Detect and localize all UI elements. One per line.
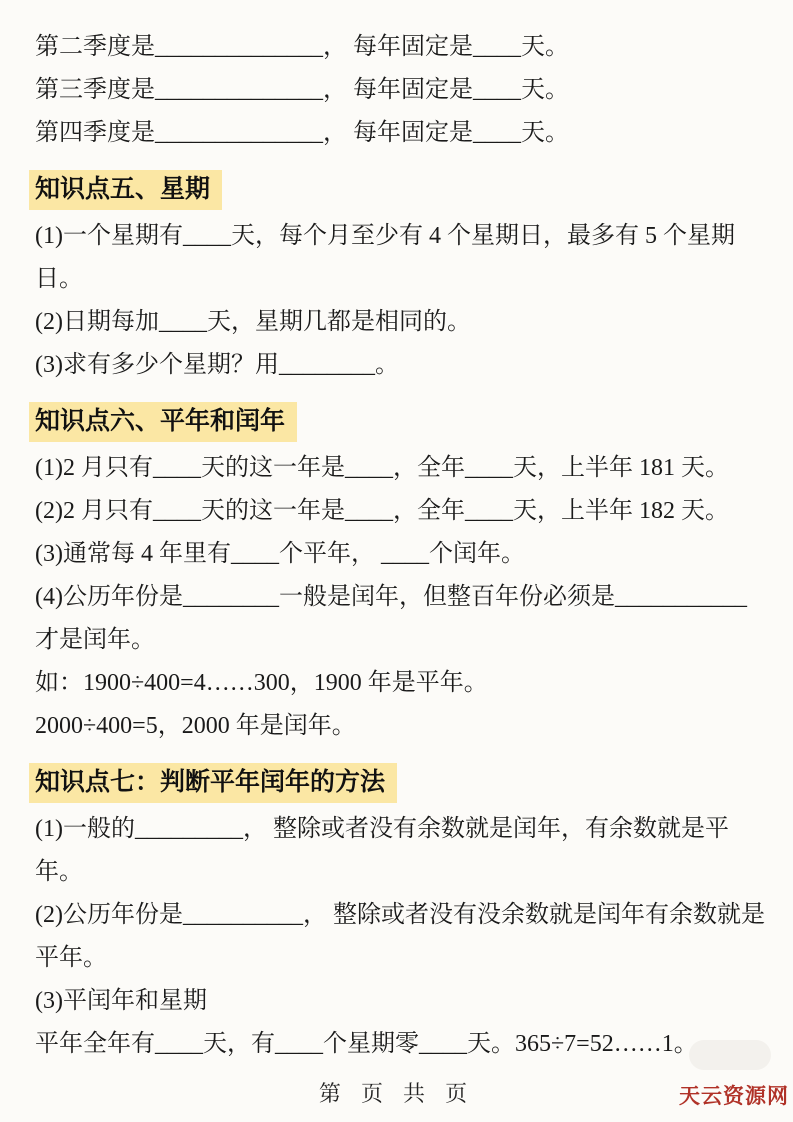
- intro-line: 第四季度是______________， 每年固定是____天。: [35, 112, 765, 155]
- faint-stamp-watermark: [689, 1040, 771, 1070]
- section-heading: 知识点五、星期: [29, 170, 222, 210]
- example-line: 2000÷400=5，2000 年是闰年。: [35, 705, 765, 748]
- intro-line: 第二季度是______________， 每年固定是____天。: [35, 26, 765, 69]
- question-line: (1)一个星期有____天，每个月至少有 4 个星期日，最多有 5 个星期日。: [35, 215, 765, 301]
- question-line: (4)公历年份是________一般是闰年，但整百年份必须是__________…: [35, 576, 765, 662]
- document-page: 第二季度是______________， 每年固定是____天。 第三季度是__…: [0, 0, 793, 1122]
- question-line: (1)一般的_________， 整除或者没有余数就是闰年，有余数就是平年。: [35, 808, 765, 894]
- site-watermark: 天云资源网: [679, 1080, 789, 1110]
- section-heading: 知识点七：判断平年闰年的方法: [29, 763, 397, 803]
- question-line: (2)日期每加____天，星期几都是相同的。: [35, 301, 765, 344]
- question-line: (3)通常每 4 年里有____个平年， ____个闰年。: [35, 533, 765, 576]
- section-knowledge-point-5: 知识点五、星期 (1)一个星期有____天，每个月至少有 4 个星期日，最多有 …: [35, 155, 765, 387]
- example-line: 如：1900÷400=4……300，1900 年是平年。: [35, 662, 765, 705]
- section-knowledge-point-6: 知识点六、平年和闰年 (1)2 月只有____天的这一年是____，全年____…: [35, 387, 765, 748]
- question-line: (2)2 月只有____天的这一年是____，全年____天，上半年 182 天…: [35, 490, 765, 533]
- question-line: (1)2 月只有____天的这一年是____，全年____天，上半年 181 天…: [35, 447, 765, 490]
- document-content: 第二季度是______________， 每年固定是____天。 第三季度是__…: [35, 26, 765, 1066]
- section-heading: 知识点六、平年和闰年: [29, 402, 297, 442]
- question-line: (3)求有多少个星期？用________。: [35, 344, 765, 387]
- intro-line: 第三季度是______________， 每年固定是____天。: [35, 69, 765, 112]
- question-line: (3)平闰年和星期: [35, 980, 765, 1023]
- page-footer: 第 页 共 页: [0, 1077, 793, 1108]
- question-line: 平年全年有____天，有____个星期零____天。365÷7=52……1。: [35, 1023, 765, 1066]
- question-line: (2)公历年份是__________， 整除或者没有没余数就是闰年有余数就是平年…: [35, 894, 765, 980]
- section-knowledge-point-7: 知识点七：判断平年闰年的方法 (1)一般的_________， 整除或者没有余数…: [35, 748, 765, 1066]
